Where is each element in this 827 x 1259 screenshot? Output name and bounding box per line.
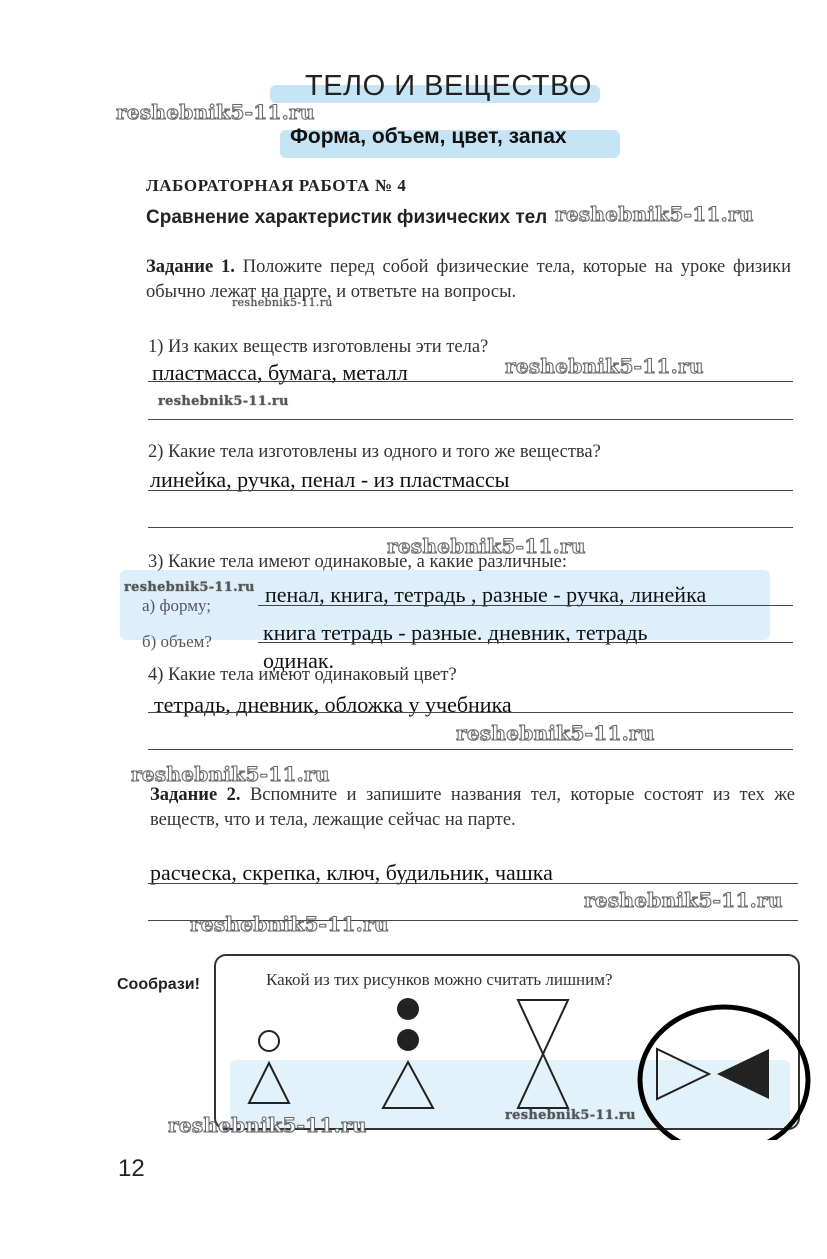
watermark: reshebnik5-11.ru [584,888,783,912]
task2-text: Задание 2. Вспомните и запишите названия… [150,783,795,833]
watermark: reshebnik5-11.ru [158,394,289,409]
task2-label: Задание 2. [150,785,241,805]
lab-subtitle: Сравнение характеристик физических тел [146,207,547,229]
watermark: reshebnik5-11.ru [505,354,704,378]
watermark: reshebnik5-11.ru [131,762,330,786]
answer-line [258,605,793,606]
figure-filled-circles-triangle[interactable] [383,998,433,1108]
task2-body: Вспомните и запишите названия тел, котор… [150,785,795,830]
puzzle-question: Какой из тих рисунков можно считать лишн… [266,970,613,990]
answer-1[interactable]: пластмасса, бумага, металл [152,360,408,386]
watermark: reshebnik5-11.ru [505,1108,636,1123]
figure-bowtie[interactable] [657,1049,769,1099]
figure-circle-triangle[interactable] [249,1031,289,1103]
page-number: 12 [118,1155,145,1183]
section-title: Форма, объем, цвет, запах [290,125,567,149]
lab-title: ЛАБОРАТОРНАЯ РАБОТА № 4 [146,176,407,196]
question-3b-label: б) объем? [142,632,212,652]
answer-line [148,527,793,528]
answer-line [148,749,793,750]
watermark: reshebnik5-11.ru [190,912,389,936]
answer-line [148,883,798,884]
answer-line [258,642,793,643]
puzzle-label: Сообрази! [117,976,200,994]
watermark: reshebnik5-11.ru [456,721,655,745]
answer-line [148,490,793,491]
task1-label: Задание 1. [146,257,235,277]
question-2: 2) Какие тела изготовлены из одного и то… [148,442,601,463]
watermark: reshebnik5-11.ru [387,534,586,558]
figure-hourglass[interactable] [518,1000,568,1108]
answer-line [148,712,793,713]
watermark: reshebnik5-11.ru [555,202,754,226]
watermark: reshebnik5-11.ru [124,580,255,595]
answer-4[interactable]: тетрадь, дневник, обложка у учебника [154,692,512,718]
answer-line [148,381,793,382]
watermark: reshebnik5-11.ru [232,296,333,309]
question-1: 1) Из каких веществ изготовлены эти тела… [148,337,488,358]
chapter-title: ТЕЛО И ВЕЩЕСТВО [305,70,592,103]
answer-line [148,419,793,420]
question-3a-label: а) форму; [142,596,211,616]
watermark: reshebnik5-11.ru [168,1113,367,1137]
question-4: 4) Какие тела имеют одинаковый цвет? [148,665,457,686]
watermark: reshebnik5-11.ru [116,100,315,124]
